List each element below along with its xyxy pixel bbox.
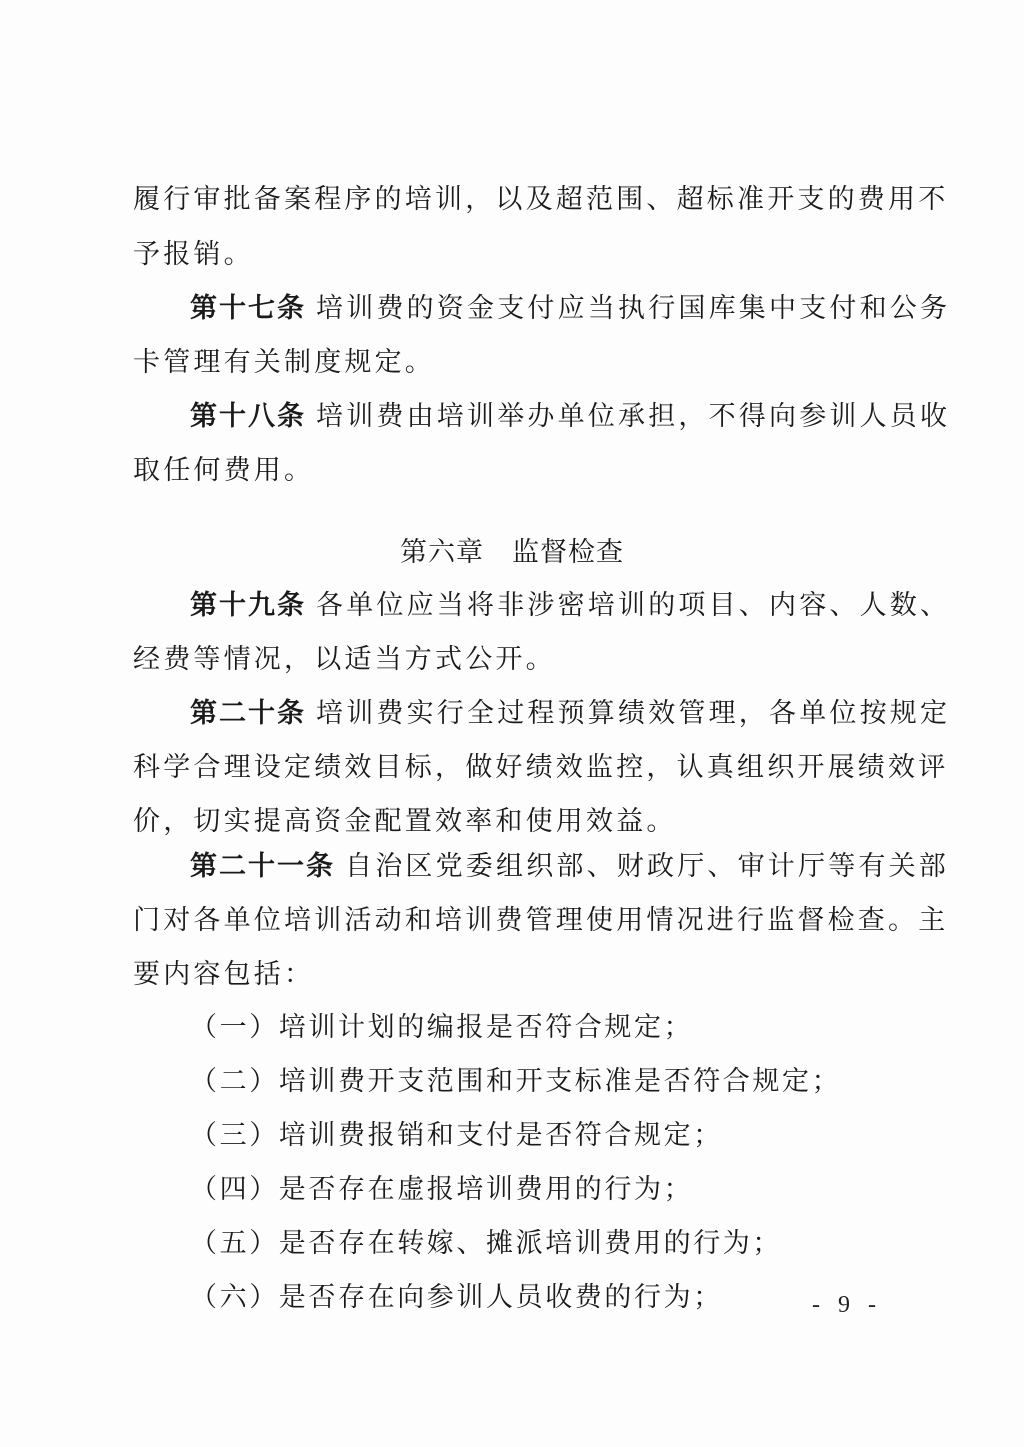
list-item: （五）是否存在转嫁、摊派培训费用的行为； [190, 1228, 950, 1260]
article-text: 自治区党委组织部、财政厅、审计厅等有关部 [345, 851, 949, 882]
article-17: 第十七条培训费的资金支付应当执行国库集中支付和公务 [190, 293, 950, 325]
body-text-line: 履行审批备案程序的培训，以及超范围、超标准开支的费用不 [133, 184, 893, 216]
body-text-line: 卡管理有关制度规定。 [133, 347, 893, 379]
list-item: （一）培训计划的编报是否符合规定； [190, 1012, 950, 1044]
article-20: 第二十条培训费实行全过程预算绩效管理，各单位按规定 [190, 698, 950, 730]
article-text: 培训费由培训举办单位承担，不得向参训人员收 [316, 401, 950, 432]
article-number: 第十七条 [190, 293, 306, 324]
article-text: 各单位应当将非涉密培训的项目、内容、人数、 [316, 590, 950, 621]
page-number: - 9 - [812, 1292, 882, 1319]
list-item: （四）是否存在虚报培训费用的行为； [190, 1174, 950, 1206]
list-item: （三）培训费报销和支付是否符合规定； [190, 1120, 950, 1152]
list-item: （二）培训费开支范围和开支标准是否符合规定； [190, 1066, 950, 1098]
document-page: 履行审批备案程序的培训，以及超范围、超标准开支的费用不 予报销。 第十七条培训费… [0, 0, 1024, 1447]
body-text-line: 取任何费用。 [133, 455, 893, 487]
article-number: 第十九条 [190, 590, 306, 621]
body-text-line: 要内容包括： [133, 959, 893, 991]
article-text: 培训费的资金支付应当执行国库集中支付和公务 [316, 293, 950, 324]
article-number: 第二十一条 [190, 851, 335, 882]
article-number: 第十八条 [190, 401, 306, 432]
article-21: 第二十一条自治区党委组织部、财政厅、审计厅等有关部 [190, 851, 950, 883]
body-text-line: 科学合理设定绩效目标，做好绩效监控，认真组织开展绩效评 [133, 752, 893, 784]
chapter-title: 监督检查 [512, 537, 624, 568]
chapter-number: 第六章 [400, 537, 484, 568]
article-18: 第十八条培训费由培训举办单位承担，不得向参训人员收 [190, 401, 950, 433]
article-19: 第十九条各单位应当将非涉密培训的项目、内容、人数、 [190, 590, 950, 622]
article-number: 第二十条 [190, 698, 306, 729]
body-text-line: 价，切实提高资金配置效率和使用效益。 [133, 806, 893, 838]
body-text-line: 门对各单位培训活动和培训费管理使用情况进行监督检查。主 [133, 905, 893, 937]
chapter-heading: 第六章监督检查 [0, 537, 1024, 569]
body-text-line: 予报销。 [133, 239, 893, 271]
body-text-line: 经费等情况，以适当方式公开。 [133, 644, 893, 676]
article-text: 培训费实行全过程预算绩效管理，各单位按规定 [316, 698, 950, 729]
